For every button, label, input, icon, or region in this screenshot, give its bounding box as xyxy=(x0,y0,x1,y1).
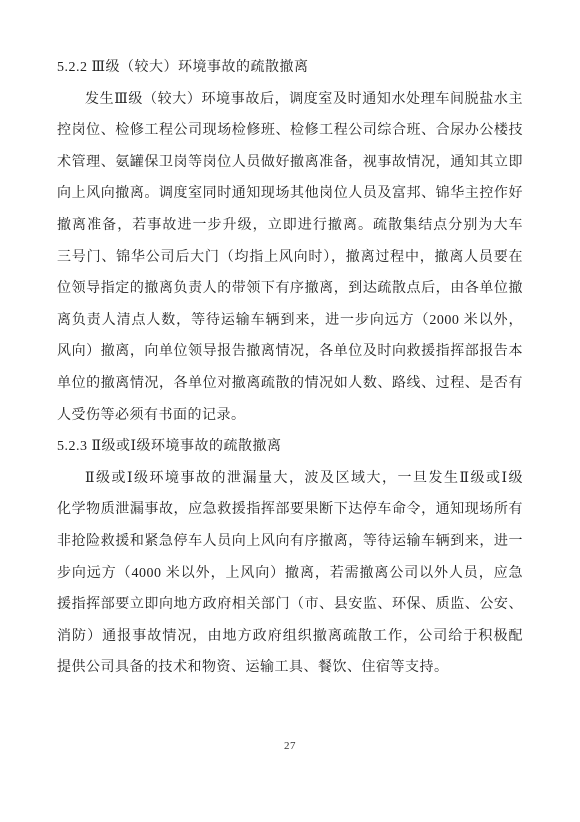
paragraph-line: 援指挥部要立即向地方政府相关部门（市、县安监、环保、质监、公安、 xyxy=(57,589,523,621)
paragraph-line: 非抢险救援和紧急停车人员向上风向有序撤离，等待运输车辆到来，进一 xyxy=(57,526,523,558)
paragraph-line: 控岗位、检修工程公司现场检修班、检修工程公司综合班、合尿办公楼技 xyxy=(57,115,523,147)
paragraph-line: 人受伤等必须有书面的记录。 xyxy=(57,400,523,432)
paragraph-line: 化学物质泄漏事故，应急救援指挥部要果断下达停车命令，通知现场所有 xyxy=(57,494,523,526)
paragraph-line: 向上风向撤离。调度室同时通知现场其他岗位人员及富邦、锦华主控作好 xyxy=(57,178,523,210)
document-body: 5.2.2 Ⅲ级（较大）环境事故的疏散撤离 发生Ⅲ级（较大）环境事故后，调度室及… xyxy=(57,52,523,684)
paragraph-line: 发生Ⅲ级（较大）环境事故后，调度室及时通知水处理车间脱盐水主 xyxy=(57,84,523,116)
paragraph-line: 步向远方（4000 米以外，上风向）撤离，若需撤离公司以外人员，应急救 xyxy=(57,558,523,590)
section-heading-5-2-3: 5.2.3 Ⅱ级或Ⅰ级环境事故的疏散撤离 xyxy=(57,431,523,463)
section-heading-5-2-2: 5.2.2 Ⅲ级（较大）环境事故的疏散撤离 xyxy=(57,52,523,84)
paragraph-line: 术管理、氨罐保卫岗等岗位人员做好撤离准备，视事故情况，通知其立即 xyxy=(57,147,523,179)
paragraph-line: 消防）通报事故情况，由地方政府组织撤离疏散工作，公司给于积极配合， xyxy=(57,621,523,653)
paragraph-line: 提供公司具备的技术和物资、运输工具、餐饮、住宿等支持。 xyxy=(57,652,523,684)
paragraph-line: 离负责人清点人数，等待运输车辆到来，进一步向远方（2000 米以外，上 xyxy=(57,305,523,337)
paragraph-line: 风向）撤离，向单位领导报告撤离情况，各单位及时向救援指挥部报告本 xyxy=(57,336,523,368)
paragraph-line: 位领导指定的撤离负责人的带领下有序撤离，到达疏散点后，由各单位撤 xyxy=(57,273,523,305)
paragraph-line: 三号门、锦华公司后大门（均指上风向时），撤离过程中，撤离人员要在单 xyxy=(57,242,523,274)
paragraph-line: 撤离准备，若事故进一步升级，立即进行撤离。疏散集结点分别为大车棚、 xyxy=(57,210,523,242)
paragraph-line: Ⅱ级或Ⅰ级环境事故的泄漏量大，波及区域大，一旦发生Ⅱ级或Ⅰ级 xyxy=(57,463,523,495)
paragraph-line: 单位的撤离情况，各单位对撤离疏散的情况如人数、路线、过程、是否有 xyxy=(57,368,523,400)
document-page: 5.2.2 Ⅲ级（较大）环境事故的疏散撤离 发生Ⅲ级（较大）环境事故后，调度室及… xyxy=(0,0,580,822)
page-number: 27 xyxy=(0,740,580,752)
